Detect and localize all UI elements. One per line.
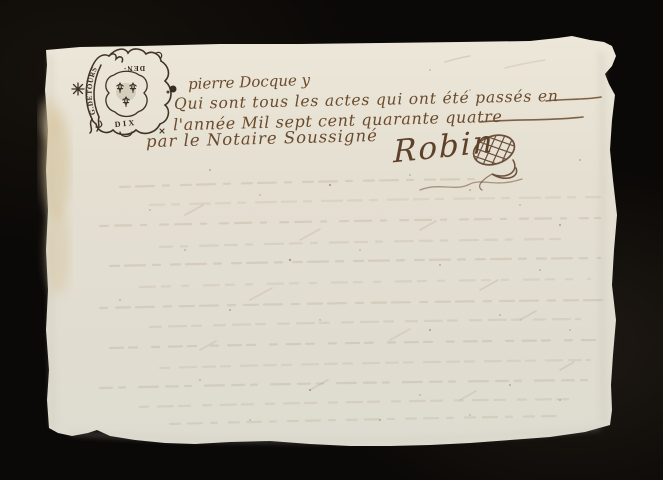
stamp-escutcheon [106,71,147,116]
scanned-document-photo: G.DETOURS DEN· DIX pierre Docque y Qui s… [0,0,663,480]
stamp-den-text: DEN· [123,64,145,73]
paper-stain [40,98,70,295]
signature-flourish [468,128,530,194]
tax-stamp: G.DETOURS DEN· DIX [70,45,174,143]
stamp-banner-text: G.DETOURS [86,66,99,116]
stamp-dix-text: DIX [114,118,137,129]
star-ornament-icon [72,83,84,95]
